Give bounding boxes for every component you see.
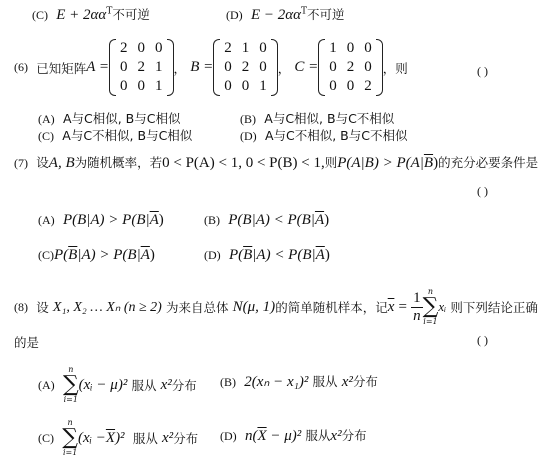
option-text: A与C相似, B与C相似 — [63, 111, 181, 126]
separator: ， — [278, 59, 291, 77]
matrix-cell: 0 — [324, 58, 342, 77]
matrix-cell: 0 — [150, 39, 168, 58]
q6-option-a: (A) A与C相似, B与C相似 — [38, 109, 180, 127]
question-number: (7) — [14, 156, 28, 170]
stem-text: 的简单随机样本，记 — [275, 298, 388, 316]
q5-option-d: (D) E − 2ααT不可逆 — [226, 5, 345, 24]
matrix-cell: 0 — [115, 58, 133, 77]
stem-condition: 0 < P(A) < 1, 0 < P(B) < 1, — [162, 155, 325, 171]
denominator: n — [411, 308, 423, 325]
paren: ) — [324, 212, 329, 228]
separator: ， — [174, 59, 187, 77]
sigma-icon: ∑ — [63, 374, 79, 396]
paren: ) — [325, 247, 330, 263]
q8-stem-cont: 的是 — [14, 333, 39, 351]
option-expr: (xᵢ − μ)² — [79, 377, 128, 394]
option-label: (A) — [38, 112, 55, 126]
matrix-cell: 0 — [237, 77, 255, 96]
option-expr: |A) < P(B| — [252, 247, 315, 263]
matrix-a: 200021001 — [109, 39, 174, 96]
sum-lower: i=1 — [423, 318, 439, 326]
option-expr: P(B|A) < P(B| — [228, 212, 315, 228]
stem-text: 为来自总体 — [166, 298, 229, 316]
q6-option-c: (C) A与C不相似, B与C相似 — [38, 126, 192, 144]
overbar-var: A — [150, 212, 159, 228]
option-text: 分布 — [342, 428, 367, 443]
sigma-icon: ∑ — [62, 427, 78, 449]
q8-stem: (8) 设 X₁, X₂ … Xₙ (n ≥ 2) 为来自总体 N(μ, 1) … — [14, 288, 538, 326]
overbar-var: X — [106, 430, 115, 447]
option-expr: E + 2αα — [56, 7, 106, 23]
answer-blank[interactable]: ( ) — [477, 184, 488, 199]
option-label: (B) — [240, 112, 256, 126]
matrix-cell: 2 — [133, 58, 151, 77]
option-label: (C) — [32, 8, 48, 22]
option-text: A与C不相似, B与C相似 — [62, 128, 192, 143]
matrix-cell: 2 — [342, 58, 360, 77]
option-label: (D) — [220, 429, 237, 443]
overbar-var: B — [424, 155, 433, 171]
option-label: (B) — [220, 375, 236, 389]
option-text: 服从 — [313, 374, 338, 389]
matrix-cell: 2 — [115, 39, 133, 58]
q8-option-c: (C) n∑i=1 (xᵢ − X)² 服从 x²分布 — [38, 419, 198, 457]
option-text: A与C不相似, B与C不相似 — [265, 128, 408, 143]
matrix-cell: 0 — [133, 77, 151, 96]
q8-option-d: (D) n(X − μ)² 服从x²分布 — [220, 426, 367, 445]
paren: ) — [150, 247, 155, 263]
matrix-cell: 1 — [150, 58, 168, 77]
stem-text: 则 — [325, 155, 338, 170]
sample-expr: X₁, X₂ … Xₙ (n ≥ 2) — [53, 299, 162, 316]
matrix-cell: 1 — [254, 77, 272, 96]
chi-square: x² — [162, 430, 173, 447]
q7-option-d: (D) P(B|A) < P(B|A) — [204, 247, 330, 264]
option-label: (C) — [38, 248, 54, 262]
question-number: (8) — [14, 300, 28, 315]
overbar-var: A — [315, 212, 324, 228]
stem-tail: ，则 — [383, 59, 408, 77]
matrix-a-label: A = — [86, 59, 109, 76]
matrix-c-label: C = — [294, 59, 318, 76]
option-label: (C) — [38, 129, 54, 143]
q8-option-b: (B) 2(xₙ − x₁)² 服从 x²分布 — [220, 372, 378, 391]
matrix-cell: 0 — [342, 77, 360, 96]
matrix-cell: 0 — [133, 39, 151, 58]
overbar-var: x — [388, 299, 395, 316]
paren: ) — [159, 212, 164, 228]
matrix-cell: 0 — [254, 58, 272, 77]
option-text: 分布 — [173, 429, 198, 447]
option-text: 服从 — [131, 376, 156, 394]
stem-text: 则下列结论正确 — [450, 298, 538, 316]
option-expr: P( — [229, 247, 243, 263]
matrix-cell: 2 — [237, 58, 255, 77]
option-label: (D) — [226, 8, 243, 22]
q6-stem: (6) 已知矩阵 A = 200021001 ， B = 210020001 ，… — [14, 39, 408, 96]
option-label: (C) — [38, 431, 54, 446]
sigma-icon: ∑ — [423, 296, 439, 318]
stem-text: 的充分必要条件是 — [438, 155, 538, 170]
overbar-var: B — [243, 247, 252, 263]
summation: n∑i=1 — [423, 288, 439, 326]
stem-text: 设 — [36, 298, 49, 316]
option-expr: E − 2αα — [251, 7, 301, 23]
option-expr: − μ)² — [267, 428, 302, 444]
q5-option-c: (C) E + 2ααT不可逆 — [32, 5, 150, 24]
option-expr: (xᵢ − — [78, 430, 106, 447]
option-text: 不可逆 — [112, 7, 150, 22]
stem-text: 设 — [36, 155, 49, 170]
option-text: 分布 — [172, 376, 197, 394]
fraction: 1n — [411, 290, 423, 324]
option-expr: 2(xₙ − x₁)² — [244, 374, 308, 390]
chi-square: x² — [342, 374, 353, 390]
matrix-c: 100020002 — [318, 39, 383, 96]
matrix-cell: 0 — [115, 77, 133, 96]
matrix-cell: 1 — [150, 77, 168, 96]
answer-blank[interactable]: ( ) — [477, 333, 488, 348]
matrix-b: 210020001 — [213, 39, 278, 96]
matrix-cell: 2 — [359, 77, 377, 96]
option-expr: n( — [245, 428, 258, 444]
question-number: (6) — [14, 60, 28, 75]
option-expr: |A) > P(B| — [77, 247, 140, 263]
q6-option-b: (B) A与C相似, B与C不相似 — [240, 109, 394, 127]
q7-stem: (7) 设A, B为随机概率，若0 < P(A) < 1, 0 < P(B) <… — [14, 153, 538, 172]
summation: n∑i=1 — [63, 366, 79, 404]
sum-lower: i=1 — [62, 449, 78, 457]
q6-option-d: (D) A与C不相似, B与C不相似 — [240, 126, 407, 144]
chi-square: x² — [161, 377, 172, 394]
q7-option-a: (A) P(B|A) > P(B|A) — [38, 212, 164, 229]
overbar-var: A — [316, 247, 325, 263]
matrix-cell: 0 — [254, 39, 272, 58]
overbar-var: A — [141, 247, 150, 263]
option-expr: P( — [54, 247, 68, 263]
option-label: (D) — [204, 248, 221, 262]
distribution: N(μ, 1) — [233, 299, 276, 316]
matrix-cell: 2 — [219, 39, 237, 58]
matrix-cell: 0 — [359, 39, 377, 58]
equals: = — [399, 299, 407, 316]
sum-lower: i=1 — [63, 396, 79, 404]
matrix-cell: 1 — [237, 39, 255, 58]
option-text: 不可逆 — [307, 7, 345, 22]
stem-text: 已知矩阵 — [36, 59, 86, 77]
q7-option-b: (B) P(B|A) < P(B|A) — [204, 212, 329, 229]
stem-vars: A, B — [49, 155, 75, 171]
matrix-cell: 0 — [219, 58, 237, 77]
overbar-var: B — [68, 247, 77, 263]
option-text: A与C相似, B与C不相似 — [264, 111, 394, 126]
stem-relation: P(A|B) > P(A| — [337, 155, 424, 171]
option-label: (B) — [204, 213, 220, 227]
option-expr: P(B|A) > P(B| — [63, 212, 150, 228]
matrix-cell: 0 — [342, 39, 360, 58]
q8-option-a: (A) n∑i=1 (xᵢ − μ)² 服从 x²分布 — [38, 366, 197, 404]
sum-term: xᵢ — [438, 299, 446, 315]
option-text: 服从 — [305, 428, 330, 443]
answer-blank[interactable]: ( ) — [477, 64, 488, 79]
matrix-cell: 0 — [359, 58, 377, 77]
matrix-b-label: B = — [190, 59, 213, 76]
option-label: (D) — [240, 129, 257, 143]
matrix-cell: 1 — [324, 39, 342, 58]
option-text: 分布 — [353, 374, 378, 389]
matrix-cell: 0 — [324, 77, 342, 96]
option-label: (A) — [38, 378, 55, 393]
chi-square: x² — [330, 428, 341, 444]
summation: n∑i=1 — [62, 419, 78, 457]
matrix-cell: 0 — [219, 77, 237, 96]
option-label: (A) — [38, 213, 55, 227]
option-text: 服从 — [133, 429, 158, 447]
q7-option-c: (C)P(B|A) > P(B|A) — [38, 247, 155, 264]
overbar-var: X — [257, 428, 266, 444]
stem-text: 为随机概率，若 — [75, 155, 163, 170]
numerator: 1 — [411, 290, 423, 308]
option-expr: )² — [115, 430, 125, 447]
